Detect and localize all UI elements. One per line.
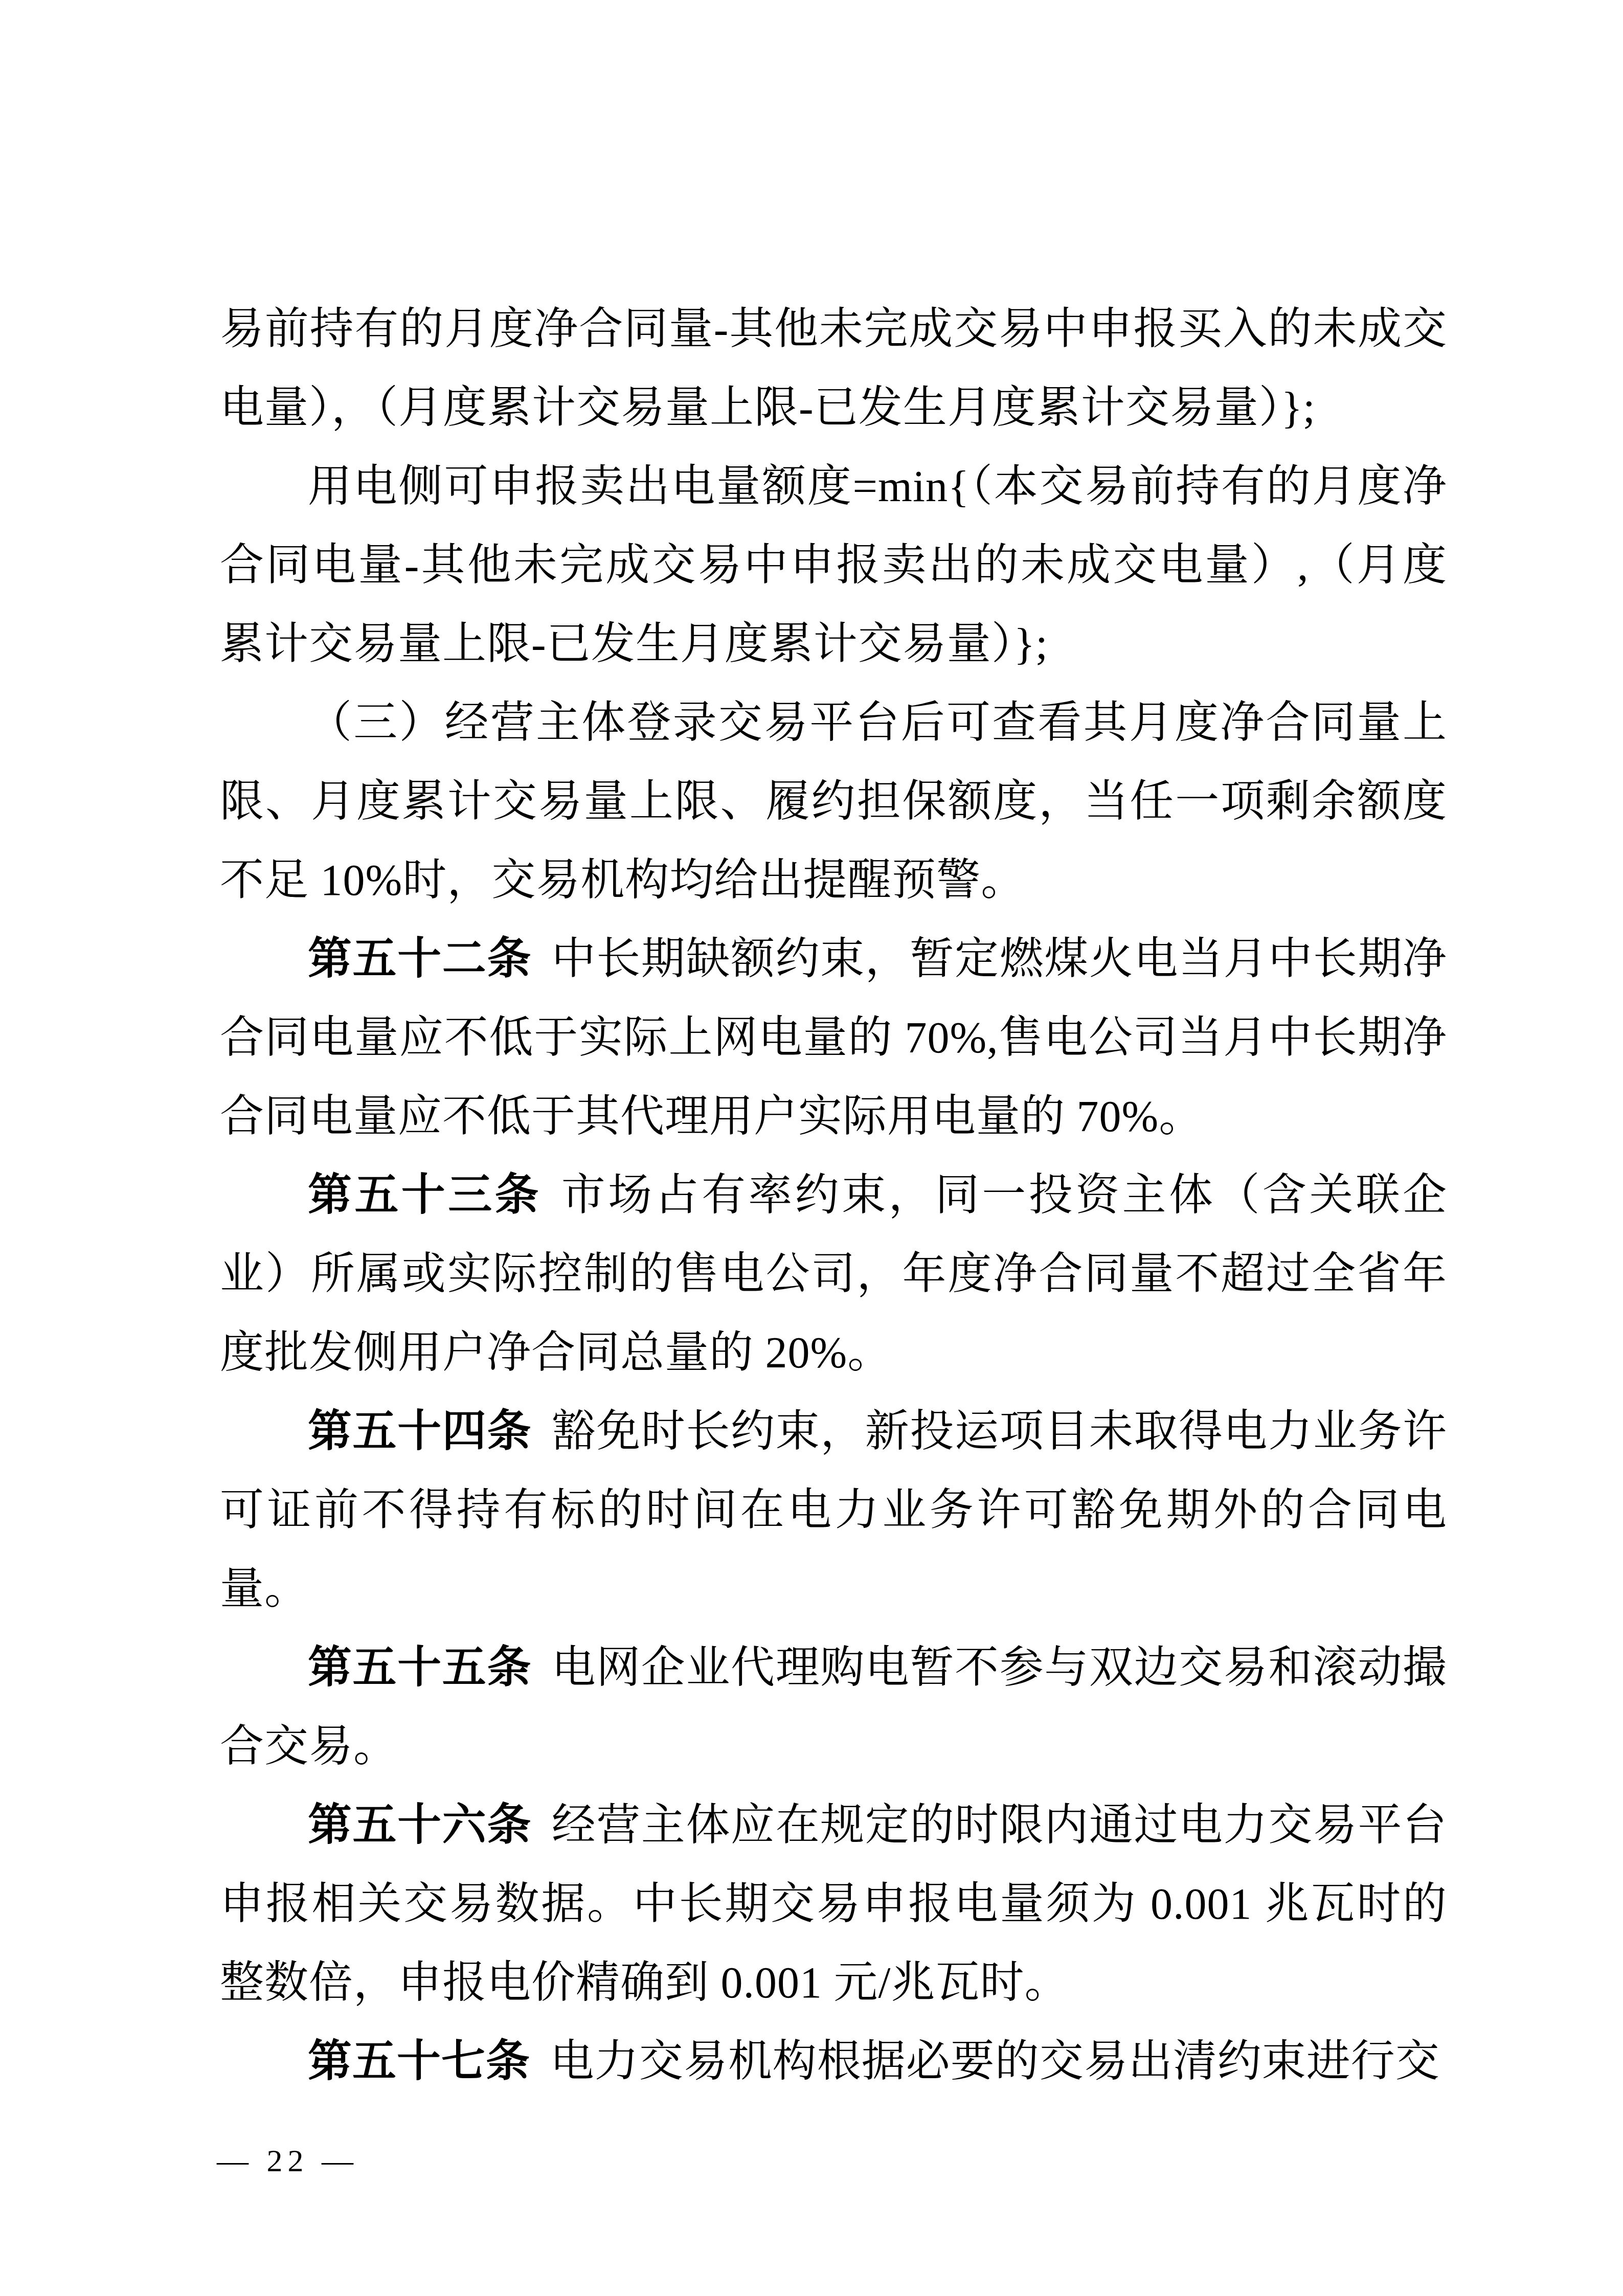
article-54-number: 第五十四条 bbox=[308, 1407, 532, 1456]
article-52-number: 第五十二条 bbox=[308, 934, 532, 983]
paragraph-continuation: 易前持有的月度净合同量-其他未完成交易中申报买入的未成交电量），（月度累计交易量… bbox=[220, 289, 1447, 447]
document-body: 易前持有的月度净合同量-其他未完成交易中申报买入的未成交电量），（月度累计交易量… bbox=[220, 289, 1447, 2101]
article-53-number: 第五十三条 bbox=[308, 1170, 542, 1220]
paragraph-item-three: （三）经营主体登录交易平台后可查看其月度净合同量上限、月度累计交易量上限、履约担… bbox=[220, 683, 1447, 919]
paragraph-article-53: 第五十三条市场占有率约束，同一投资主体（含关联企业）所属或实际控制的售电公司，年… bbox=[220, 1156, 1447, 1392]
article-56-number: 第五十六条 bbox=[308, 1800, 532, 1850]
document-page: 易前持有的月度净合同量-其他未完成交易中申报买入的未成交电量），（月度累计交易量… bbox=[0, 0, 1623, 2296]
article-55-number: 第五十五条 bbox=[308, 1643, 532, 1692]
paragraph-article-54: 第五十四条豁免时长约束，新投运项目未取得电力业务许可证前不得持有标的时间在电力业… bbox=[220, 1392, 1447, 1628]
paragraph-sell-quota-formula: 用电侧可申报卖出电量额度=min{（本交易前持有的月度净合同电量-其他未完成交易… bbox=[220, 447, 1447, 683]
page-number: — 22 — bbox=[217, 2141, 358, 2181]
article-57-number: 第五十七条 bbox=[308, 2037, 530, 2086]
paragraph-article-56: 第五十六条经营主体应在规定的时限内通过电力交易平台申报相关交易数据。中长期交易申… bbox=[220, 1786, 1447, 2022]
article-57-text: 电力交易机构根据必要的交易出清约束进行交 bbox=[550, 2037, 1440, 2086]
paragraph-article-55: 第五十五条电网企业代理购电暂不参与双边交易和滚动撮合交易。 bbox=[220, 1628, 1447, 1786]
paragraph-article-57: 第五十七条电力交易机构根据必要的交易出清约束进行交 bbox=[220, 2022, 1447, 2101]
paragraph-article-52: 第五十二条中长期缺额约束，暂定燃煤火电当月中长期净合同电量应不低于实际上网电量的… bbox=[220, 919, 1447, 1156]
